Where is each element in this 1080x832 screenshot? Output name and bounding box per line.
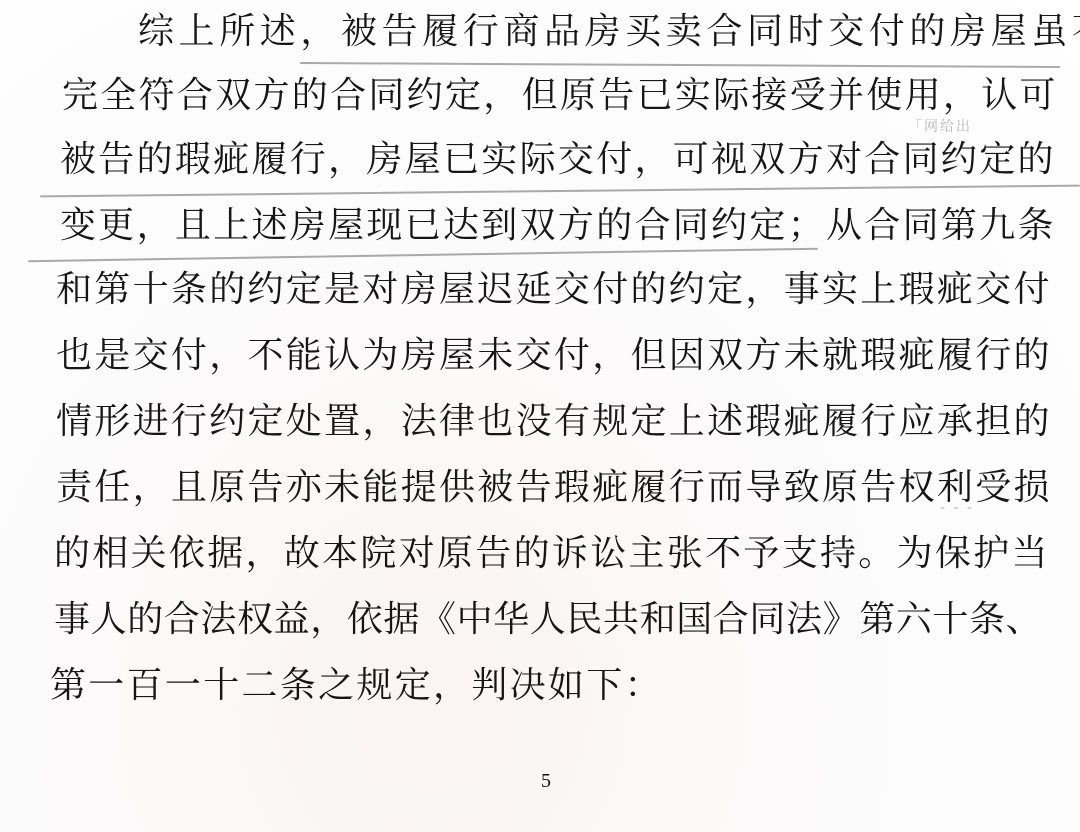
paragraph-line-3: 被告的瑕疵履行，房屋已实际交付，可视双方对合同约定的 xyxy=(60,138,1056,182)
pen-underline-1 xyxy=(300,62,1060,68)
paragraph-line-1: 综上所述，被告履行商品房买卖合同时交付的房屋虽不 xyxy=(138,10,1080,54)
paragraph-line-10: 事人的合法权益，依据《中华人民共和国合同法》第六十条、 xyxy=(54,598,1042,642)
document-page: 综上所述，被告履行商品房买卖合同时交付的房屋虽不 完全符合双方的合同约定，但原告… xyxy=(0,0,1080,832)
pen-underline-3 xyxy=(28,248,818,262)
paragraph-line-8: 责任，且原告亦未能提供被告瑕疵履行而导致原告权利受损 xyxy=(56,466,1052,510)
paragraph-line-9: 的相关依据，故本院对原告的诉讼主张不予支持。为保护当 xyxy=(54,532,1050,576)
paragraph-line-5: 和第十条的约定是对房屋迟延交付的约定，事实上瑕疵交付 xyxy=(56,268,1052,312)
page-number: 5 xyxy=(0,770,1080,793)
pen-underline-2 xyxy=(40,185,1080,198)
paragraph-line-4: 变更，且上述房屋现已达到双方的合同约定；从合同第九条 xyxy=(60,204,1056,248)
paragraph-line-11: 第一百一十二条之规定，判决如下： xyxy=(50,664,663,708)
paragraph-line-6: 也是交付，不能认为房屋未交付，但因双方未就瑕疵履行的 xyxy=(56,334,1052,378)
handwritten-mark: ‐ ‐ ‐ xyxy=(940,500,974,516)
paragraph-line-7: 情形进行约定处置，法律也没有规定上述瑕疵履行应承担的 xyxy=(56,400,1052,444)
paragraph-line-2: 完全符合双方的合同约定，但原告已实际接受并使用，认可 xyxy=(62,74,1058,118)
handwritten-mark: 「网给出 xyxy=(908,116,972,136)
